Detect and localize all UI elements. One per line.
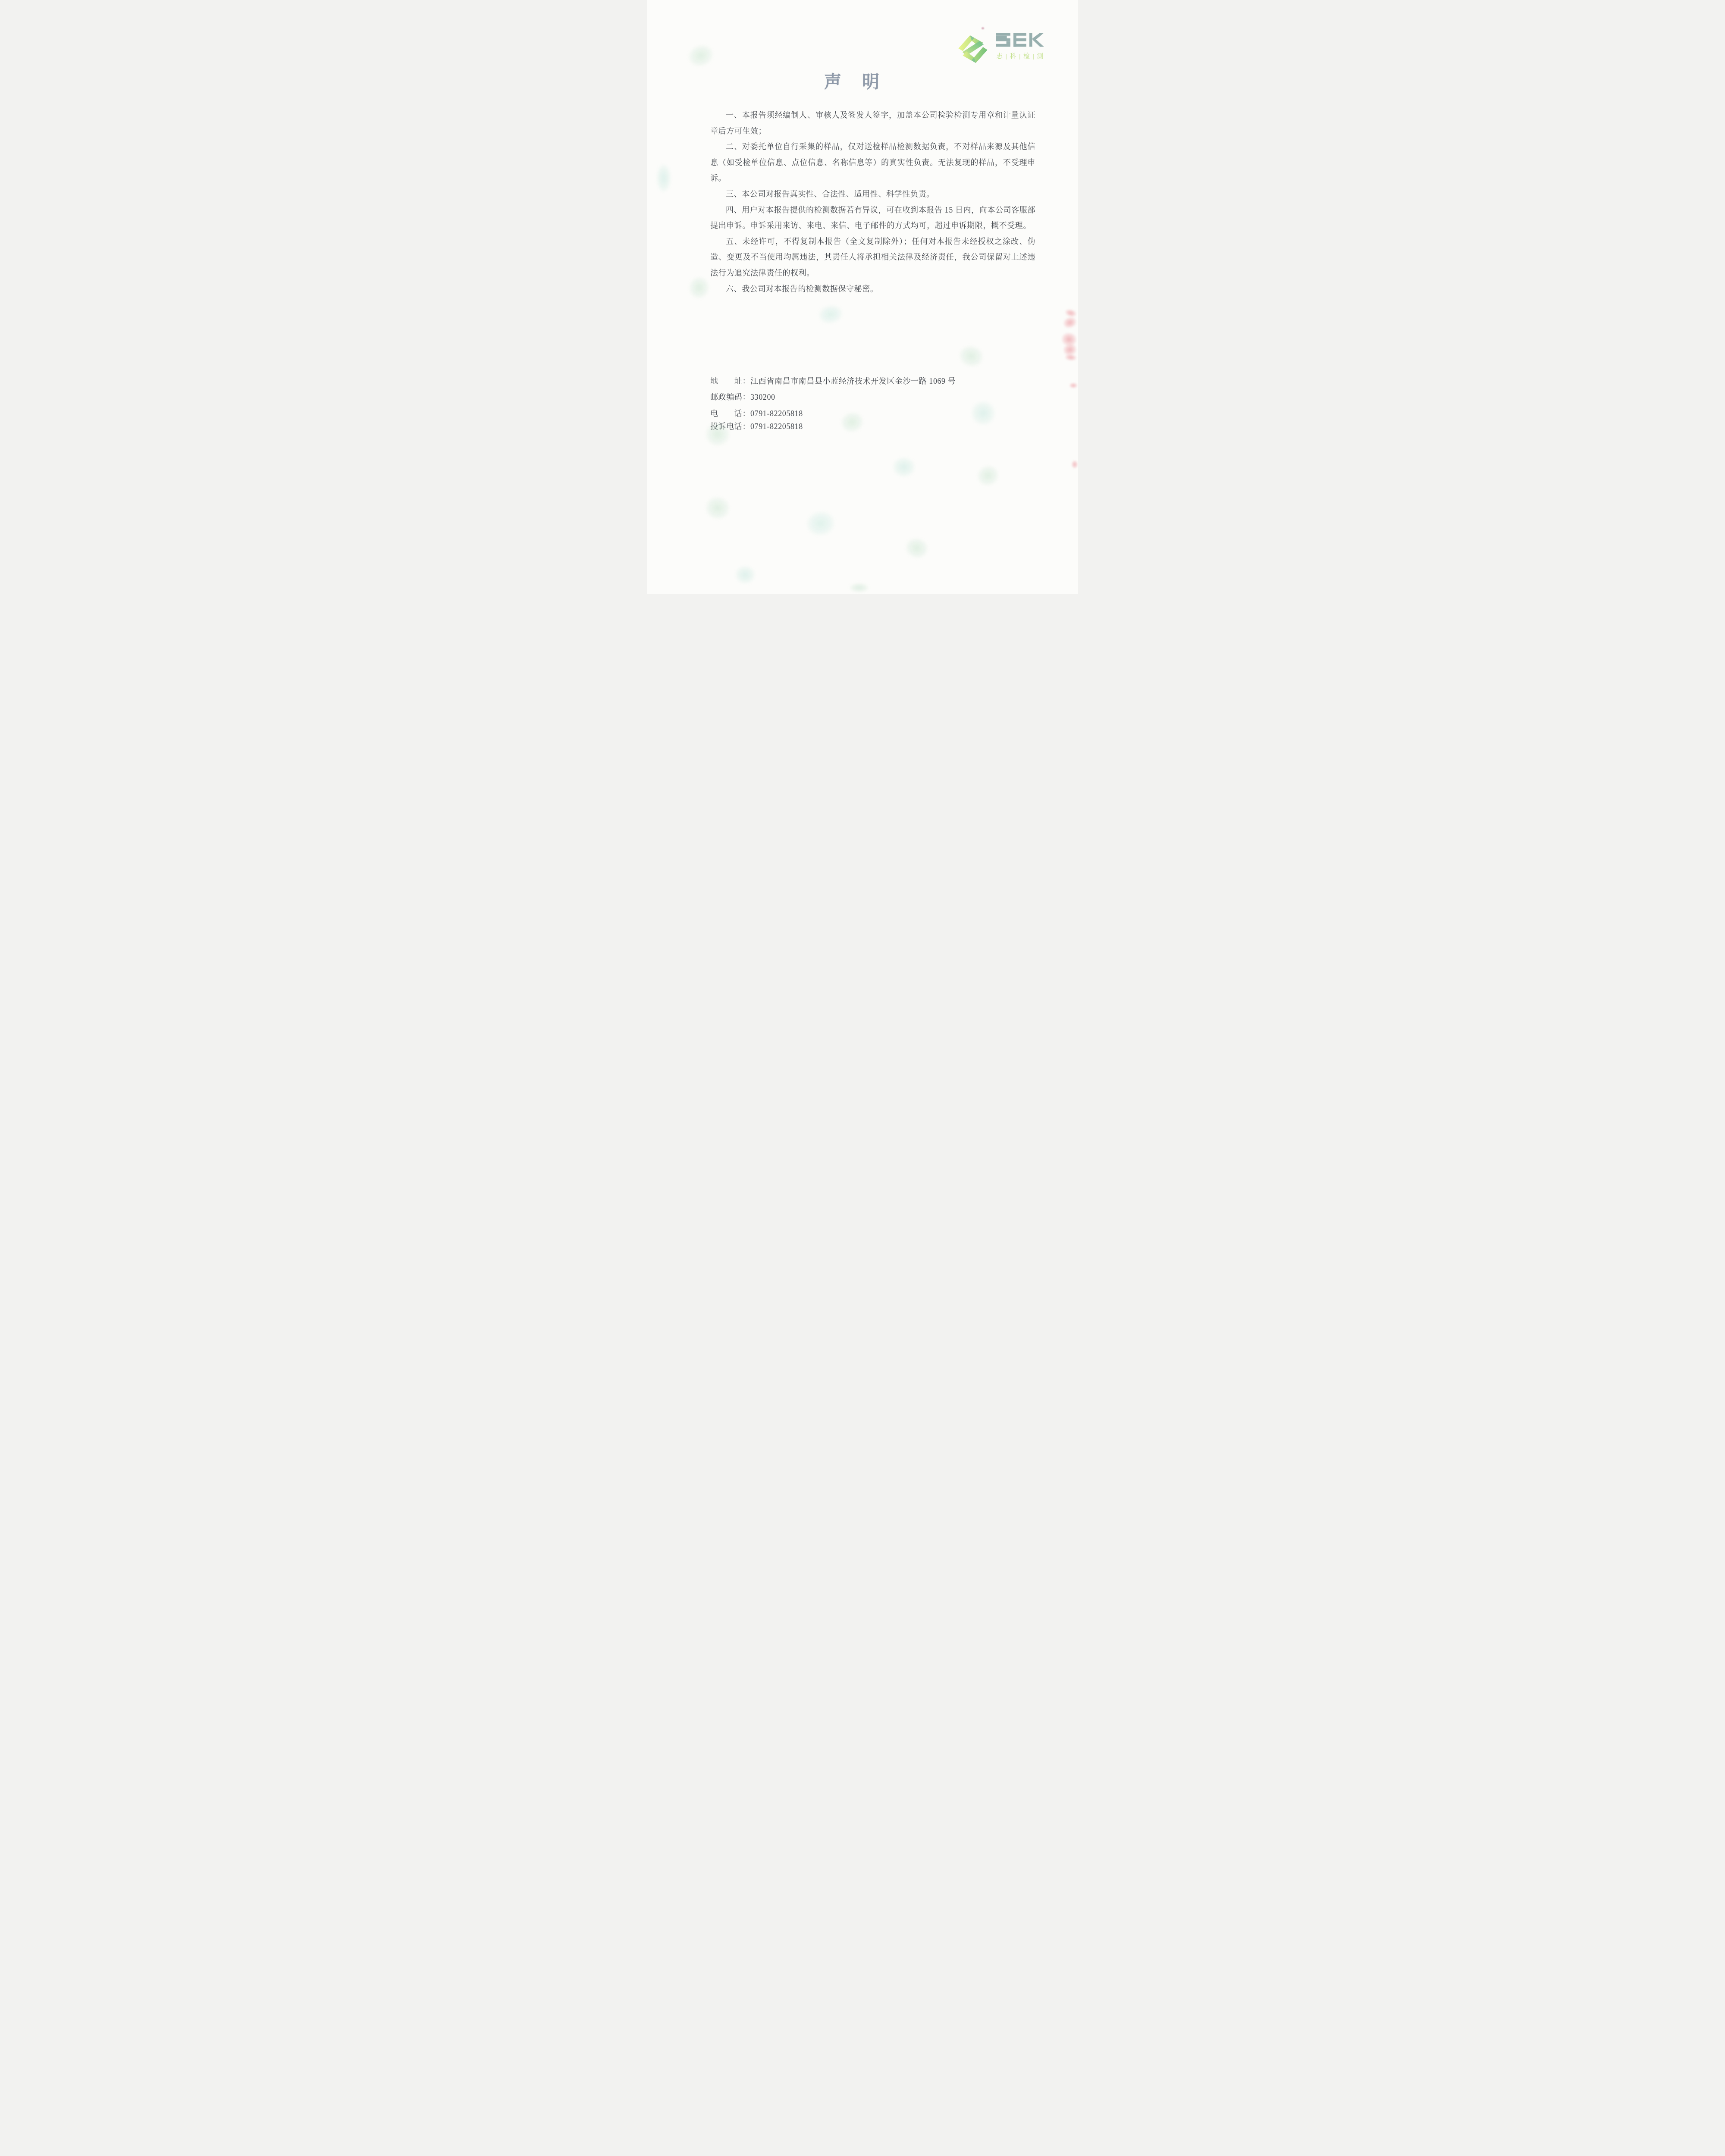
complaint-phone-value: 0791-82205818 [750, 422, 803, 431]
watermark-smudge [893, 457, 915, 477]
watermark-smudge [686, 42, 716, 70]
zek-logo-mark-icon [957, 31, 989, 67]
contact-block: 地 址：江西省南昌市南昌县小蓝经济技术开发区金沙一路 1069 号 邮政编码：3… [710, 375, 956, 433]
postal-code-row: 邮政编码：330200 [710, 391, 956, 404]
phone-row: 电 话：0791-82205818 [710, 407, 956, 420]
declaration-body: 一、本报告须经编制人、审核人及签发人签字，加盖本公司检验检测专用章和计量认证章后… [710, 107, 1035, 297]
postal-code-label: 邮政编码： [710, 393, 750, 401]
phone-label: 电 话： [710, 409, 750, 418]
address-label: 地 址： [710, 377, 750, 385]
watermark-smudge [735, 566, 755, 584]
watermark-smudge [704, 495, 731, 521]
stamp-bleed-mark [1064, 308, 1077, 318]
stamp-bleed-mark [1065, 354, 1076, 361]
watermark-smudge [957, 343, 986, 370]
address-value: 江西省南昌市南昌县小蓝经济技术开发区金沙一路 1069 号 [750, 377, 956, 385]
watermark-smudge [971, 401, 995, 425]
watermark-smudge [805, 510, 836, 538]
stamp-bleed-mark [1062, 315, 1078, 329]
declaration-page: 志 | 科 | 检 | 测 声 明 一、本报告须经编制人、审核人及签发人签字，加… [647, 0, 1078, 594]
watermark-smudge [903, 536, 930, 560]
stamp-bleed-mark [1061, 332, 1078, 347]
page-title: 声 明 [647, 68, 1068, 93]
phone-value: 0791-82205818 [750, 409, 803, 418]
zek-wordmark [996, 33, 1047, 47]
scan-speck [982, 27, 984, 29]
stamp-bleed-mark [1072, 461, 1078, 468]
watermark-smudge [975, 463, 1001, 488]
watermark-smudge [850, 583, 869, 592]
watermark-smudge [817, 303, 844, 325]
postal-code-value: 330200 [750, 393, 775, 401]
clause-1: 一、本报告须经编制人、审核人及签发人签字，加盖本公司检验检测专用章和计量认证章后… [710, 107, 1035, 139]
clause-2: 二、对委托单位自行采集的样品，仅对送检样品检测数据负责，不对样品来源及其他信息（… [710, 139, 1035, 186]
address-row: 地 址：江西省南昌市南昌县小蓝经济技术开发区金沙一路 1069 号 [710, 375, 956, 388]
complaint-phone-label: 投诉电话： [710, 422, 750, 431]
stamp-bleed-mark [1062, 343, 1078, 357]
complaint-phone-row: 投诉电话：0791-82205818 [710, 420, 956, 433]
clause-3: 三、本公司对报告真实性、合法性、适用性、科学性负责。 [710, 186, 1035, 202]
clause-5: 五、未经许可，不得复制本报告（全文复制除外）；任何对本报告未经授权之涂改、伪造、… [710, 234, 1035, 281]
logo-text-block: 志 | 科 | 检 | 测 [996, 33, 1047, 60]
clause-6: 六、我公司对本报告的检测数据保守秘密。 [710, 281, 1035, 297]
watermark-smudge [656, 164, 671, 192]
watermark-smudge [687, 275, 711, 300]
company-logo: 志 | 科 | 检 | 测 [957, 31, 1047, 67]
clause-4: 四、用户对本报告提供的检测数据若有异议，可在收到本报告 15 日内，向本公司客服… [710, 202, 1035, 234]
brand-chinese-name: 志 | 科 | 检 | 测 [996, 51, 1047, 60]
stamp-bleed-mark [1069, 383, 1077, 388]
